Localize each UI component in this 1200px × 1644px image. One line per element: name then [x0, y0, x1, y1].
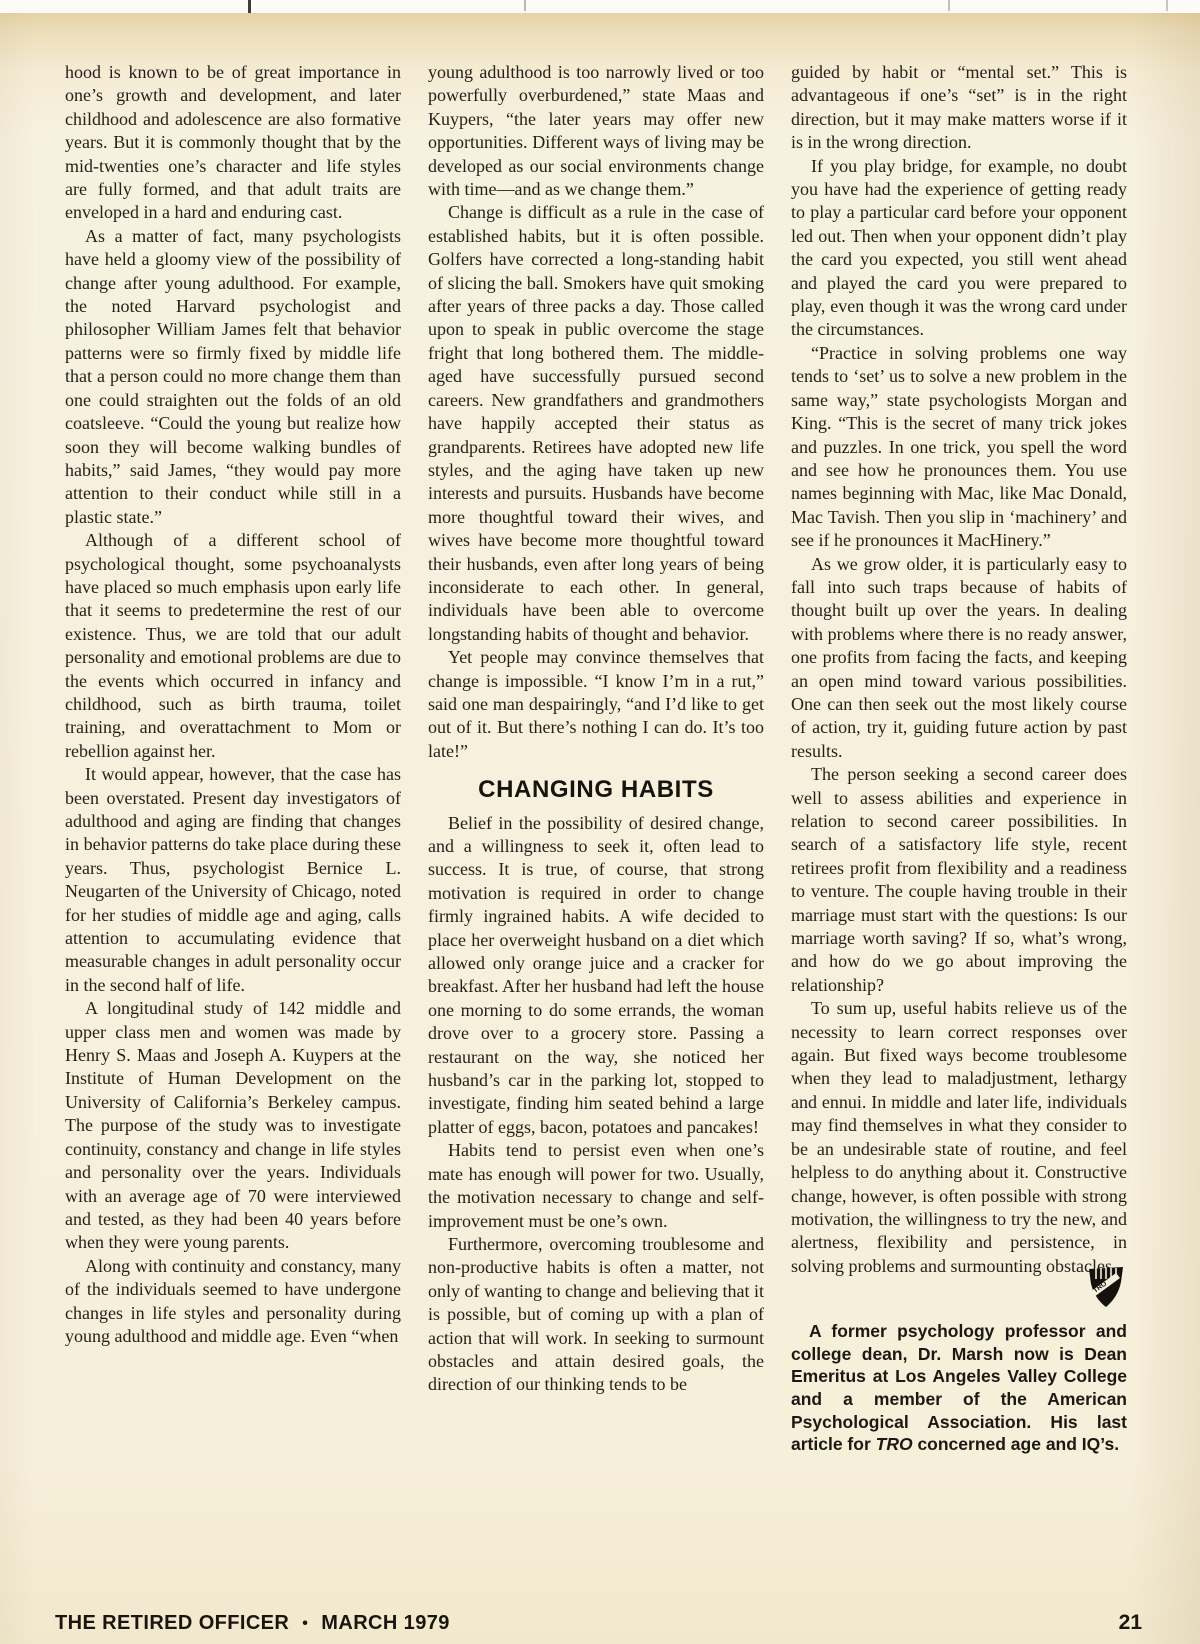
footer-issue-date: MARCH 1979: [321, 1612, 449, 1635]
article-paragraph: guided by habit or “mental set.” This is…: [791, 61, 1127, 155]
article-paragraph: Although of a different school of psycho…: [65, 529, 401, 763]
article-paragraph: To sum up, useful habits relieve us of t…: [791, 997, 1127, 1278]
scan-artifact-line: [1166, 0, 1168, 11]
article-paragraph: As we grow older, it is particularly eas…: [791, 553, 1127, 764]
article-paragraph: It would appear, however, that the case …: [65, 763, 401, 997]
footer-magazine-title: THE RETIRED OFFICER: [55, 1612, 289, 1635]
article-column-2: young adulthood is too narrowly lived or…: [428, 61, 764, 1599]
article-paragraph: young adulthood is too narrowly lived or…: [428, 61, 764, 201]
article-paragraph: hood is known to be of great importance …: [65, 61, 401, 225]
article-paragraph: If you play bridge, for example, no doub…: [791, 155, 1127, 342]
article-paragraph: “Practice in solving problems one way te…: [791, 342, 1127, 553]
article-paragraph: As a matter of fact, many psychologists …: [65, 225, 401, 529]
page-footer: THE RETIRED OFFICER • MARCH 1979 21: [55, 1611, 1142, 1635]
scan-artifact-line: [524, 0, 526, 11]
scanner-background-strip: [0, 0, 1200, 13]
article-paragraph: Change is difficult as a rule in the cas…: [428, 201, 764, 646]
article-paragraph: Belief in the possibility of desired cha…: [428, 812, 764, 1140]
section-heading: CHANGING HABITS: [428, 778, 764, 801]
article-paragraph: Yet people may convince themselves that …: [428, 646, 764, 763]
author-bio: A former psychology professor and colleg…: [791, 1320, 1127, 1456]
scan-artifact-line: [248, 0, 251, 13]
footer-bullet-icon: •: [302, 1615, 308, 1633]
magazine-page: hood is known to be of great importance …: [0, 13, 1200, 1644]
article-paragraph: Habits tend to persist even when one’s m…: [428, 1139, 764, 1233]
footer-magazine-line: THE RETIRED OFFICER • MARCH 1979: [55, 1612, 450, 1635]
article-column-3: guided by habit or “mental set.” This is…: [791, 61, 1127, 1599]
article-paragraph: Along with continuity and constancy, man…: [65, 1255, 401, 1349]
article-paragraph: The person seeking a second career does …: [791, 763, 1127, 997]
article-paragraph: Furthermore, overcoming troublesome and …: [428, 1233, 764, 1397]
scan-artifact-line: [948, 0, 950, 11]
page-number: 21: [1119, 1611, 1142, 1635]
article-paragraph: A longitudinal study of 142 middle and u…: [65, 997, 401, 1254]
article-column-1: hood is known to be of great importance …: [65, 61, 401, 1599]
article-columns: hood is known to be of great importance …: [65, 61, 1127, 1599]
